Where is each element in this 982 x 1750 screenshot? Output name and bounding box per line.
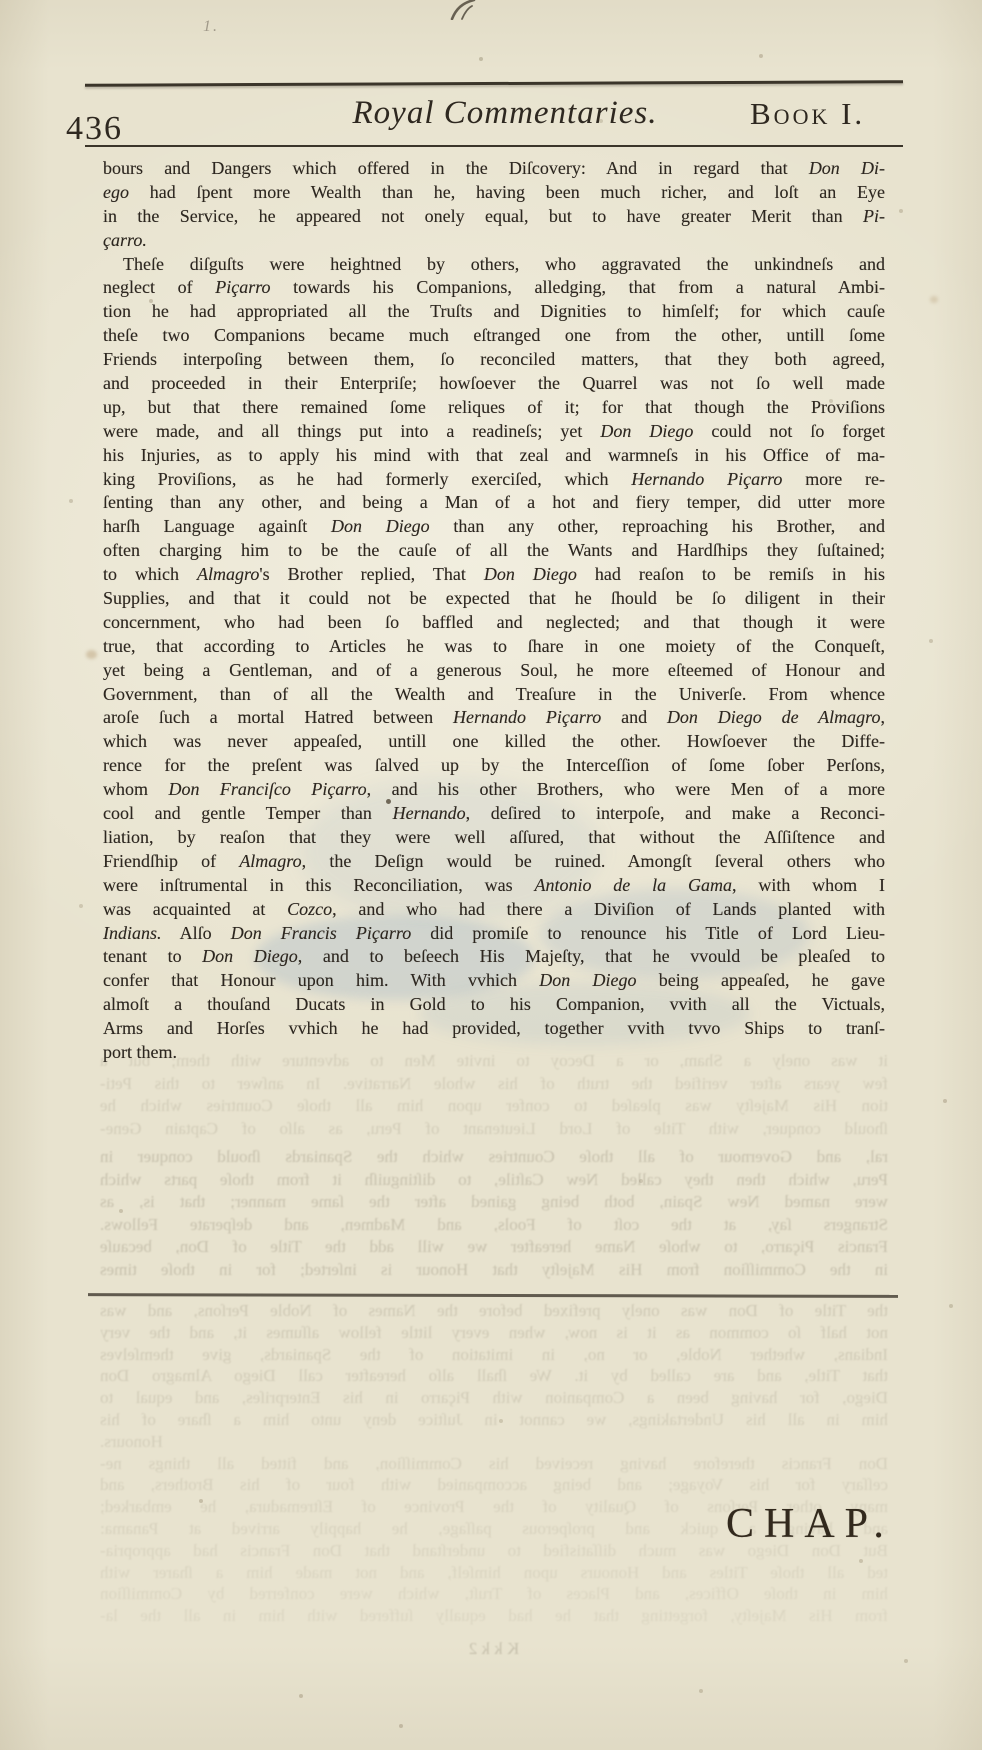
section-rule: [88, 1293, 898, 1298]
text-line: ego had ſpent more Wealth than he, havin…: [103, 181, 885, 205]
text-line: from His Majeſty, forgetting that he had…: [100, 1605, 888, 1627]
book-page: 1. 436 Royal Commentaries. Book I. bours…: [0, 0, 982, 1750]
paragraph-continuation: bours and Dangers which offered in the D…: [103, 157, 885, 253]
paragraph: Theſe diſguſts were heightned by others,…: [103, 253, 885, 1065]
text-line: king Proviſions, as he had formerly exer…: [103, 468, 885, 492]
text-line: Francis Piçarro, to whoſe Name hereafter…: [100, 1236, 888, 1259]
text-line: ſenting than any other, and being a Man …: [103, 491, 885, 515]
book-label-text: Book I.: [750, 96, 865, 131]
text-line: tion His Majeſty was pleaſed to confer u…: [100, 1095, 888, 1118]
text-line: Arms and Horſes vvhich he had provided, …: [103, 1017, 885, 1041]
text-line: Indians. Alſo Don Francis Piçarro did pr…: [103, 922, 885, 946]
text-line: cool and gentle Temper than Hernando, de…: [103, 802, 885, 826]
text-line: were inſtrumental in this Reconciliation…: [103, 874, 885, 898]
text-line: up, but that there remained ſome relique…: [103, 396, 885, 420]
text-line: ted all thoſe Titles and Honours upon hi…: [100, 1562, 888, 1584]
text-line: that Title, and are called by it. We ſha…: [100, 1365, 888, 1387]
text-line: few years after verified the truth of hi…: [100, 1073, 888, 1096]
text-line: him in thoſe Offices, and Places of Truſ…: [100, 1583, 888, 1605]
text-line: bours and Dangers which offered in the D…: [103, 157, 885, 181]
text-line: were named New Spain, both being gained …: [100, 1191, 888, 1214]
text-line: ceſſary for his Voyage; and being accomp…: [100, 1474, 888, 1496]
header-rule-bottom: [85, 145, 903, 147]
text-line: Honours.: [100, 1431, 888, 1453]
text-line: it was onely a Sham, or a Decoy to invit…: [100, 1050, 888, 1073]
text-line: true, that according to Articles he was …: [103, 635, 885, 659]
text-line: were made, and all things put into a rea…: [103, 420, 885, 444]
body-text: bours and Dangers which offered in the D…: [103, 157, 885, 1065]
text-line: was acquainted at Cozco, and who had the…: [103, 898, 885, 922]
text-line: concernment, who had been ſo baffled and…: [103, 611, 885, 635]
text-line: harſh Language againſt Don Diego than an…: [103, 515, 885, 539]
catchword: CHAP.: [726, 1500, 894, 1548]
text-line: liation, by reaſon that they were well a…: [103, 826, 885, 850]
text-line: whom Don Franciſco Piçarro, and his othe…: [103, 778, 885, 802]
text-line: neglect of Piçarro towards his Companion…: [103, 276, 885, 300]
book-label: Book I.: [750, 96, 865, 132]
text-line: in the Service, he appeared not onely eq…: [103, 205, 885, 229]
text-line: to which Almagro's Brother replied, That…: [103, 563, 885, 587]
foxing-spot: [86, 650, 97, 659]
text-line: Indians, whether Noble, or no, in imitat…: [100, 1344, 888, 1366]
text-line: Supplies, and that it could not be expec…: [103, 587, 885, 611]
bleedthrough-text-faint: it was onely a Sham, or a Decoy to invit…: [100, 1050, 888, 1140]
text-line: aroſe ſuch a mortal Hatred between Herna…: [103, 706, 885, 730]
text-line: Theſe diſguſts were heightned by others,…: [103, 253, 885, 277]
text-line: his Injuries, as to apply his mind with …: [103, 444, 885, 468]
text-line: yet being a Gentleman, and of a generous…: [103, 659, 885, 683]
text-line: him in all his Undertakings, we cannot i…: [100, 1409, 888, 1431]
text-line: rence for the preſent was ſalved up by t…: [103, 754, 885, 778]
text-line: Friendſhip of Almagro, the Deſign would …: [103, 850, 885, 874]
text-line: in the Commiſſion from His Majeſty that …: [100, 1259, 888, 1282]
text-line: theſe two Companions became much eſtrang…: [103, 324, 885, 348]
text-line: Diego, for having been a Companion with …: [100, 1387, 888, 1409]
page-number: 436: [66, 110, 123, 148]
text-line: and proceeded in their Enterpriſe; howſo…: [103, 372, 885, 396]
bleedthrough-text-lower: the Title of Don was onely prefixed befo…: [100, 1300, 888, 1627]
bleedthrough-signature-mark: K k k 2: [100, 1638, 982, 1660]
text-line: Strangers ſay, at the coſt of Fools, and…: [100, 1214, 888, 1237]
text-line: confer that Honour upon him. With vvhich…: [103, 969, 885, 993]
ink-flourish-mark: [448, 0, 478, 20]
text-line: which was never appeaſed, untill one kil…: [103, 730, 885, 754]
text-line: Peru, which then they called New Caſtile…: [100, 1169, 888, 1192]
text-line: ſhould conquer, with Title of Lord Lieut…: [100, 1118, 888, 1141]
text-line: tion he had appropriated all the Truſts …: [103, 300, 885, 324]
running-title: Royal Commentaries.: [330, 95, 680, 132]
foxing-spot: [930, 296, 938, 303]
header-rule-top: [85, 80, 903, 87]
bleedthrough-text-upper: ral, and Governour of all thoſe Countrie…: [100, 1146, 888, 1282]
text-line: tenant to Don Diego, and to beſeech His …: [103, 945, 885, 969]
text-line: çarro.: [103, 229, 885, 253]
text-line: Friends interpoſing between them, ſo rec…: [103, 348, 885, 372]
text-line: almoſt a thouſand Ducats in Gold to his …: [103, 993, 885, 1017]
text-line: ral, and Governour of all thoſe Countrie…: [100, 1146, 888, 1169]
ink-spot: [386, 799, 391, 804]
text-line: often charging him to be the cauſe of al…: [103, 539, 885, 563]
text-line: Government, than of all the Wealth and T…: [103, 683, 885, 707]
text-line: not half ſo common as it is now, when ev…: [100, 1322, 888, 1344]
text-line: the Title of Don was onely prefixed befo…: [100, 1300, 888, 1322]
text-line: Don Francis therefore having received hi…: [100, 1453, 888, 1475]
marginalia-pen-mark: 1.: [203, 18, 219, 36]
